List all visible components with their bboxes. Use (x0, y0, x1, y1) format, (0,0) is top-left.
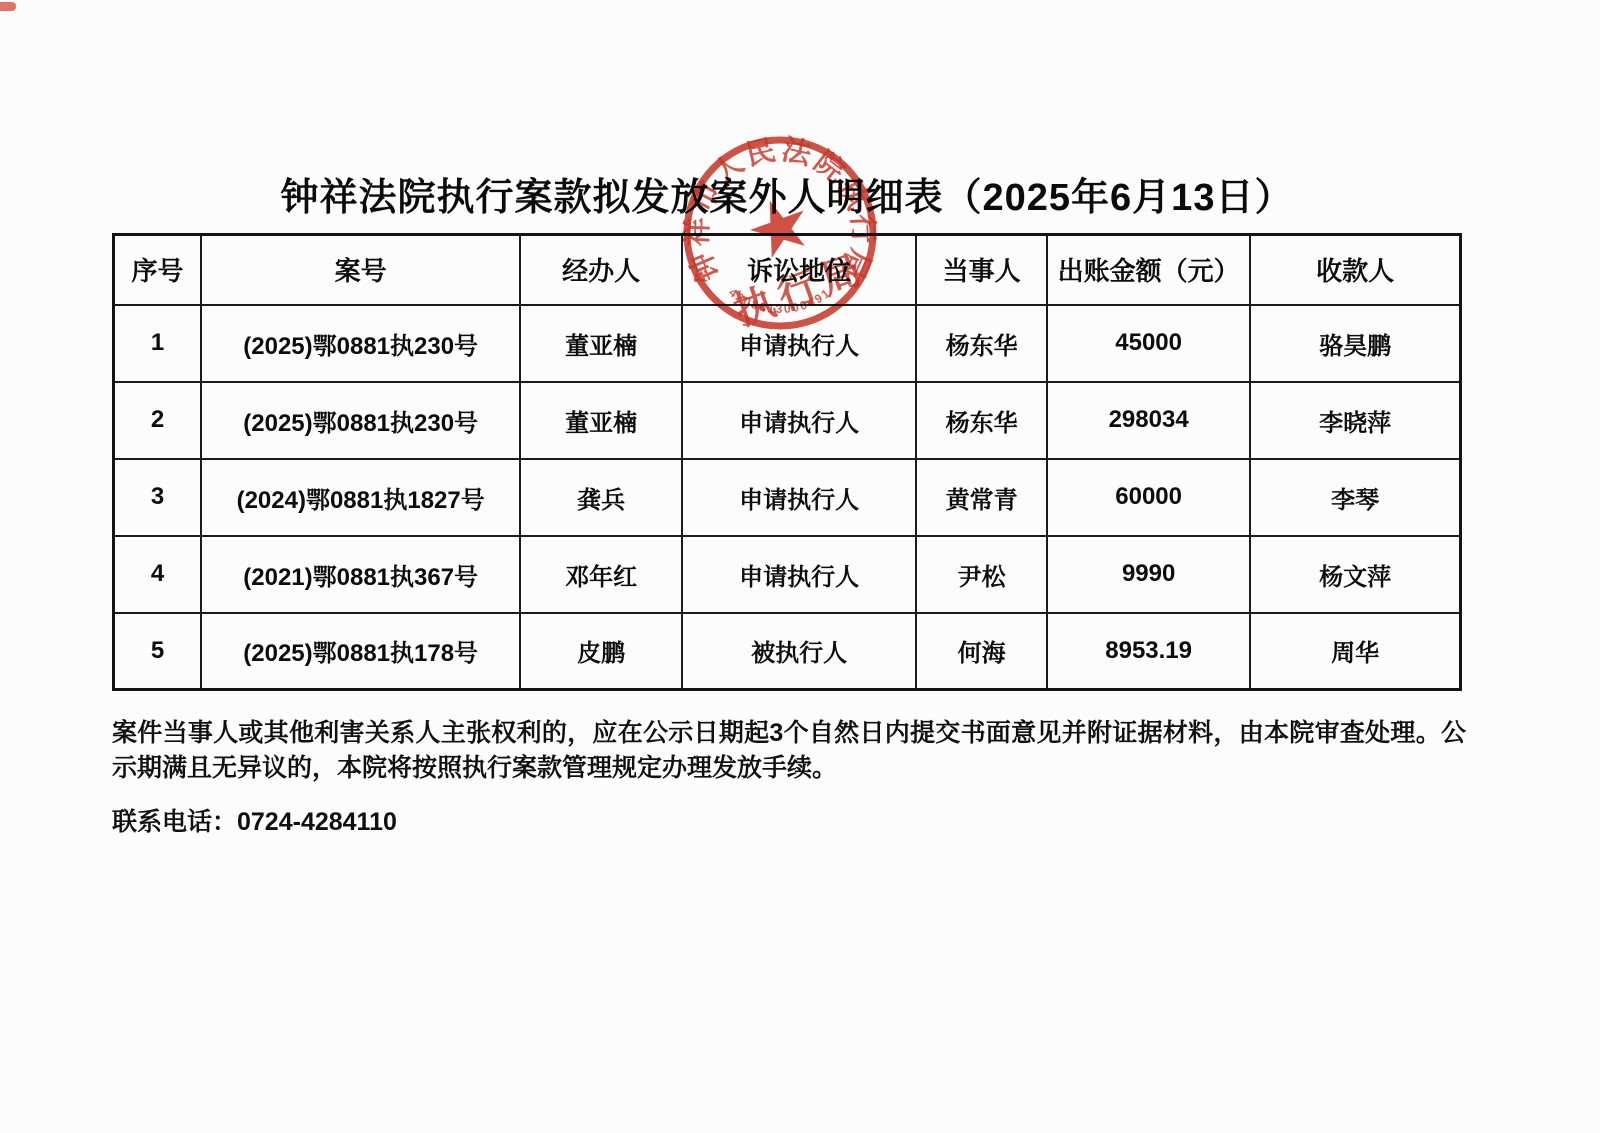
cell-payee: 骆昊鹏 (1250, 305, 1460, 382)
cell-case-number: (2025)鄂0881执178号 (201, 613, 520, 690)
column-header-case-number: 案号 (201, 235, 520, 305)
cell-litigation-status: 申请执行人 (682, 382, 916, 459)
cell-payee: 杨文萍 (1250, 536, 1460, 613)
cell-sequence: 5 (114, 613, 202, 690)
cell-payee: 李琴 (1250, 459, 1460, 536)
cell-amount: 298034 (1047, 382, 1250, 459)
cell-handler: 邓年红 (520, 536, 682, 613)
cell-sequence: 4 (114, 536, 202, 613)
cell-sequence: 3 (114, 459, 202, 536)
cell-case-number: (2025)鄂0881执230号 (201, 305, 520, 382)
column-header-party: 当事人 (916, 235, 1047, 305)
column-header-amount: 出账金额（元） (1047, 235, 1250, 305)
cell-case-number: (2021)鄂0881执367号 (201, 536, 520, 613)
scanned-document-page: 钟祥法院执行案款拟发放案外人明细表（2025年6月13日） 序号 案号 经办人 … (0, 0, 1600, 1133)
cell-case-number: (2025)鄂0881执230号 (201, 382, 520, 459)
column-header-payee: 收款人 (1250, 235, 1460, 305)
table-row: 3 (2024)鄂0881执1827号 龚兵 申请执行人 黄常青 60000 李… (114, 459, 1461, 536)
cell-litigation-status: 申请执行人 (682, 536, 916, 613)
cell-party: 杨东华 (916, 305, 1047, 382)
column-header-handler: 经办人 (520, 235, 682, 305)
table-row: 2 (2025)鄂0881执230号 董亚楠 申请执行人 杨东华 298034 … (114, 382, 1461, 459)
cell-payee: 周华 (1250, 613, 1460, 690)
cell-case-number: (2024)鄂0881执1827号 (201, 459, 520, 536)
table-row: 5 (2025)鄂0881执178号 皮鹏 被执行人 何海 8953.19 周华 (114, 613, 1461, 690)
case-payment-table: 序号 案号 经办人 诉讼地位 当事人 出账金额（元） 收款人 1 (2025)鄂… (112, 233, 1462, 691)
table-header-row: 序号 案号 经办人 诉讼地位 当事人 出账金额（元） 收款人 (114, 235, 1461, 305)
cell-litigation-status: 被执行人 (682, 613, 916, 690)
cell-handler: 龚兵 (520, 459, 682, 536)
cell-party: 黄常青 (916, 459, 1047, 536)
column-header-litigation-status: 诉讼地位 (682, 235, 916, 305)
cell-litigation-status: 申请执行人 (682, 305, 916, 382)
cell-handler: 董亚楠 (520, 305, 682, 382)
cell-amount: 60000 (1047, 459, 1250, 536)
cell-sequence: 2 (114, 382, 202, 459)
cell-handler: 皮鹏 (520, 613, 682, 690)
cell-amount: 8953.19 (1047, 613, 1250, 690)
table-row: 4 (2021)鄂0881执367号 邓年红 申请执行人 尹松 9990 杨文萍 (114, 536, 1461, 613)
contact-phone-line: 联系电话：0724-4284110 (112, 802, 397, 838)
cell-amount: 9990 (1047, 536, 1250, 613)
cell-party: 尹松 (916, 536, 1047, 613)
cell-litigation-status: 申请执行人 (682, 459, 916, 536)
scan-artifact (0, 2, 16, 11)
cell-sequence: 1 (114, 305, 202, 382)
column-header-sequence: 序号 (114, 235, 202, 305)
cell-handler: 董亚楠 (520, 382, 682, 459)
cell-payee: 李晓萍 (1250, 382, 1460, 459)
cell-party: 杨东华 (916, 382, 1047, 459)
notice-paragraph: 案件当事人或其他利害关系人主张权利的，应在公示日期起3个自然日内提交书面意见并附… (112, 716, 1466, 786)
table-row: 1 (2025)鄂0881执230号 董亚楠 申请执行人 杨东华 45000 骆… (114, 305, 1461, 382)
page-title: 钟祥法院执行案款拟发放案外人明细表（2025年6月13日） (112, 166, 1462, 221)
cell-amount: 45000 (1047, 305, 1250, 382)
cell-party: 何海 (916, 613, 1047, 690)
